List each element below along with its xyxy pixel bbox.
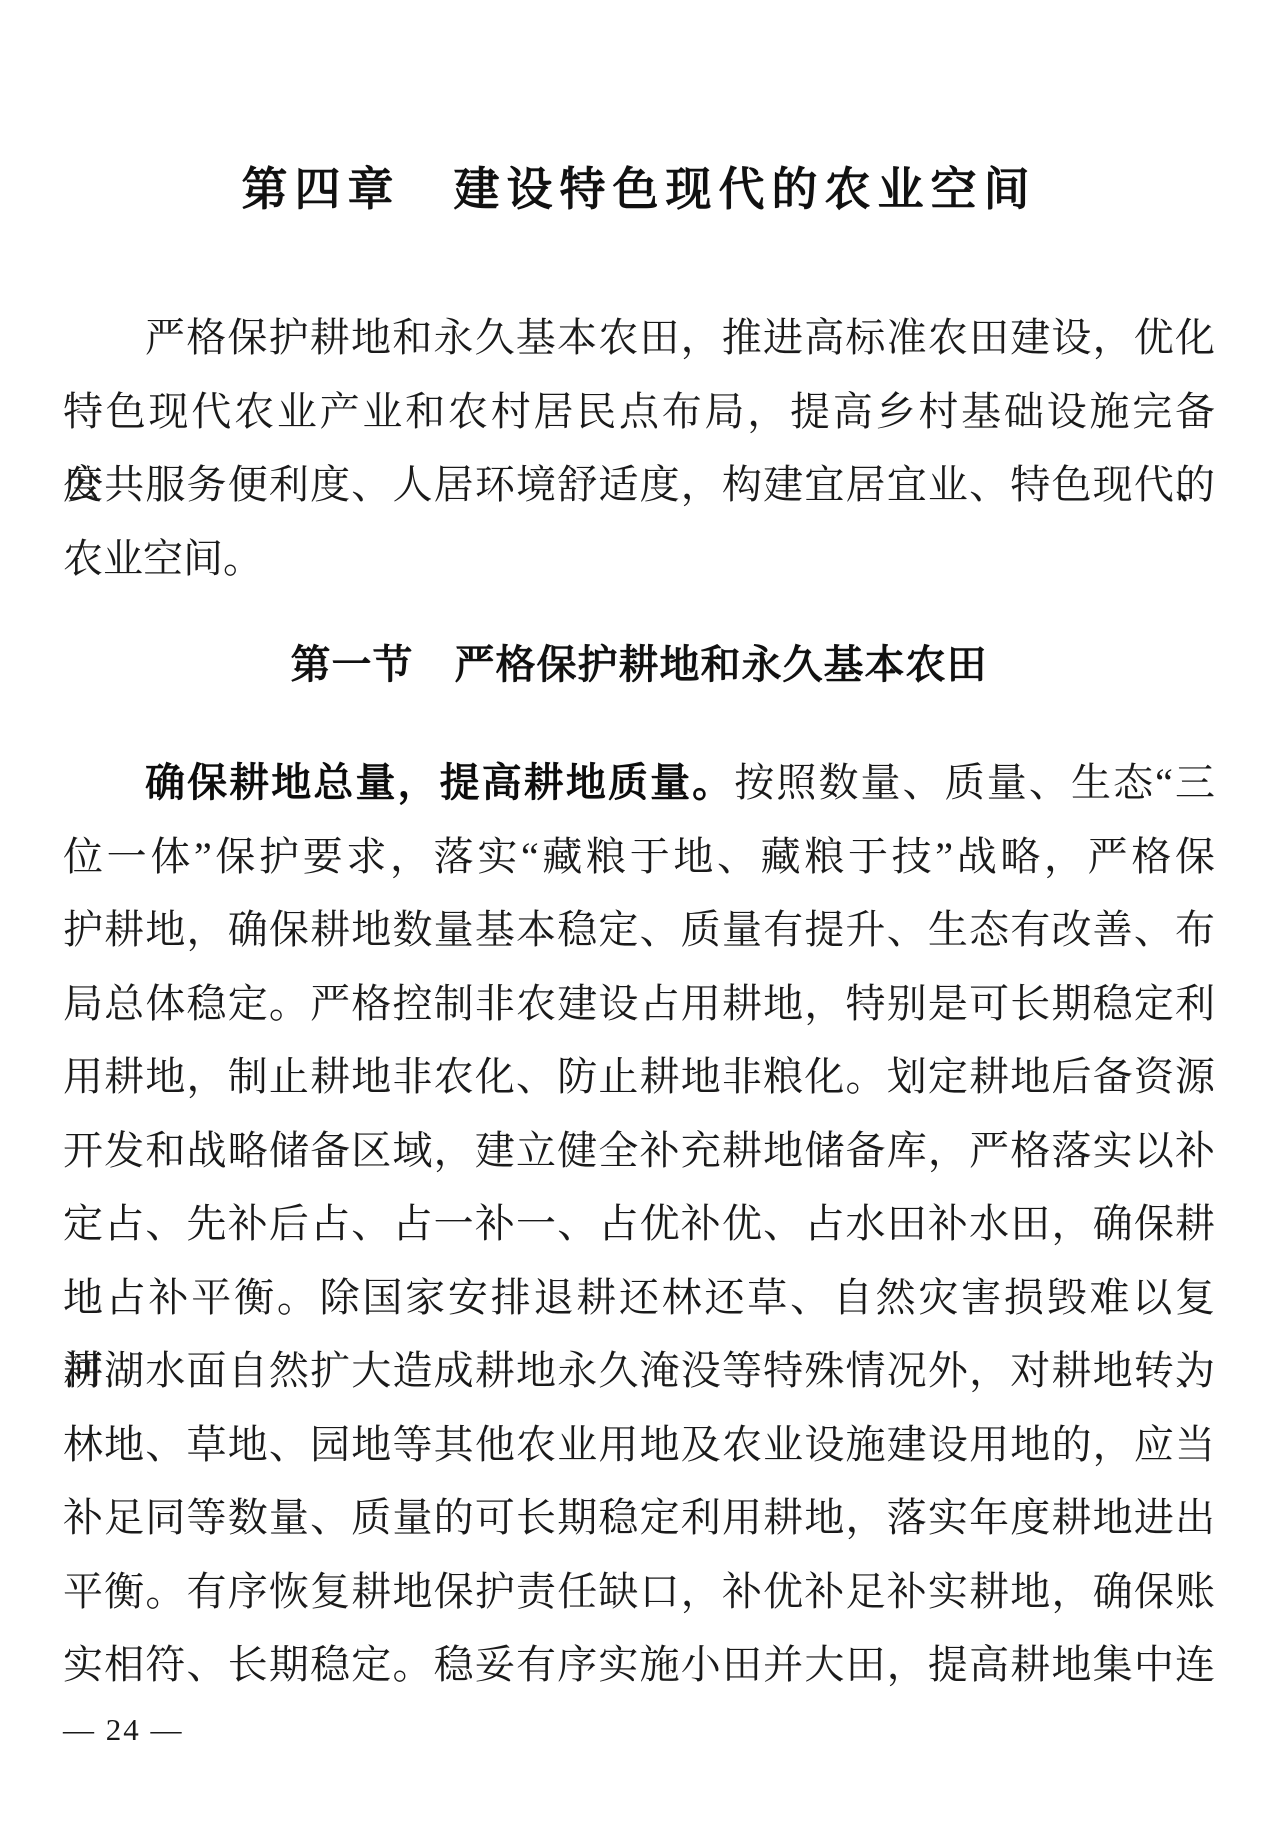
section-heading: 第一节 严格保护耕地和永久基本农田 — [63, 640, 1215, 690]
text-line: 局总体稳定。严格控制非农建设占用耕地，特别是可长期稳定利 — [63, 967, 1215, 1041]
text-line: 开发和战略储备区域，建立健全补充耕地储备库，严格落实以补 — [63, 1114, 1215, 1188]
text-segment: 农业空间。 — [63, 536, 263, 581]
text-line: 公共服务便利度、人居环境舒适度，构建宜居宜业、特色现代的 — [63, 448, 1215, 522]
text-segment: 按照数量、质量、生态“三 — [734, 760, 1215, 805]
text-segment: 补足同等数量、质量的可长期稳定利用耕地，落实年度耕地进出 — [63, 1495, 1215, 1540]
bold-text-segment: 确保耕地总量，提高耕地质量。 — [145, 760, 734, 805]
text-segment: 严格保护耕地和永久基本农田，推进高标准农田建设，优化 — [145, 315, 1215, 360]
text-line: 位一体”保护要求，落实“藏粮于地、藏粮于技”战略，严格保 — [63, 820, 1215, 894]
text-segment: 林地、草地、园地等其他农业用地及农业设施建设用地的，应当 — [63, 1422, 1215, 1467]
text-segment: 实相符、长期稳定。稳妥有序实施小田并大田，提高耕地集中连 — [63, 1642, 1215, 1687]
intro-paragraph: 严格保护耕地和永久基本农田，推进高标准农田建设，优化特色现代农业产业和农村居民点… — [63, 301, 1215, 595]
text-segment: 平衡。有序恢复耕地保护责任缺口，补优补足补实耕地，确保账 — [63, 1569, 1215, 1614]
text-line: 用耕地，制止耕地非农化、防止耕地非粮化。划定耕地后备资源 — [63, 1040, 1215, 1114]
body-paragraph: 确保耕地总量，提高耕地质量。按照数量、质量、生态“三位一体”保护要求，落实“藏粮… — [63, 746, 1215, 1702]
text-segment: 公共服务便利度、人居环境舒适度，构建宜居宜业、特色现代的 — [63, 462, 1215, 507]
text-segment: 用耕地，制止耕地非农化、防止耕地非粮化。划定耕地后备资源 — [63, 1054, 1215, 1099]
text-line: 确保耕地总量，提高耕地质量。按照数量、质量、生态“三 — [63, 746, 1215, 820]
text-segment: 护耕地，确保耕地数量基本稳定、质量有提升、生态有改善、布 — [63, 907, 1215, 952]
text-segment: 开发和战略储备区域，建立健全补充耕地储备库，严格落实以补 — [63, 1128, 1215, 1173]
text-segment: 局总体稳定。严格控制非农建设占用耕地，特别是可长期稳定利 — [63, 981, 1215, 1026]
document-page: 第四章 建设特色现代的农业空间 严格保护耕地和永久基本农田，推进高标准农田建设，… — [0, 0, 1280, 1846]
text-segment: 河湖水面自然扩大造成耕地永久淹没等特殊情况外，对耕地转为 — [63, 1348, 1215, 1393]
text-line: 补足同等数量、质量的可长期稳定利用耕地，落实年度耕地进出 — [63, 1481, 1215, 1555]
text-segment: 位一体”保护要求，落实“藏粮于地、藏粮于技”战略，严格保 — [63, 834, 1215, 879]
text-line: 严格保护耕地和永久基本农田，推进高标准农田建设，优化 — [63, 301, 1215, 375]
text-line: 农业空间。 — [63, 522, 1215, 596]
text-line: 地占补平衡。除国家安排退耕还林还草、自然灾害损毁难以复耕、 — [63, 1261, 1215, 1335]
text-line: 实相符、长期稳定。稳妥有序实施小田并大田，提高耕地集中连 — [63, 1628, 1215, 1702]
text-line: 林地、草地、园地等其他农业用地及农业设施建设用地的，应当 — [63, 1408, 1215, 1482]
text-line: 定占、先补后占、占一补一、占优补优、占水田补水田，确保耕 — [63, 1187, 1215, 1261]
text-line: 特色现代农业产业和农村居民点布局，提高乡村基础设施完备度、 — [63, 375, 1215, 449]
page-number: — 24 — — [63, 1710, 184, 1750]
text-line: 河湖水面自然扩大造成耕地永久淹没等特殊情况外，对耕地转为 — [63, 1334, 1215, 1408]
text-line: 平衡。有序恢复耕地保护责任缺口，补优补足补实耕地，确保账 — [63, 1555, 1215, 1629]
text-segment: 定占、先补后占、占一补一、占优补优、占水田补水田，确保耕 — [63, 1201, 1215, 1246]
text-line: 护耕地，确保耕地数量基本稳定、质量有提升、生态有改善、布 — [63, 893, 1215, 967]
chapter-title: 第四章 建设特色现代的农业空间 — [63, 0, 1215, 220]
